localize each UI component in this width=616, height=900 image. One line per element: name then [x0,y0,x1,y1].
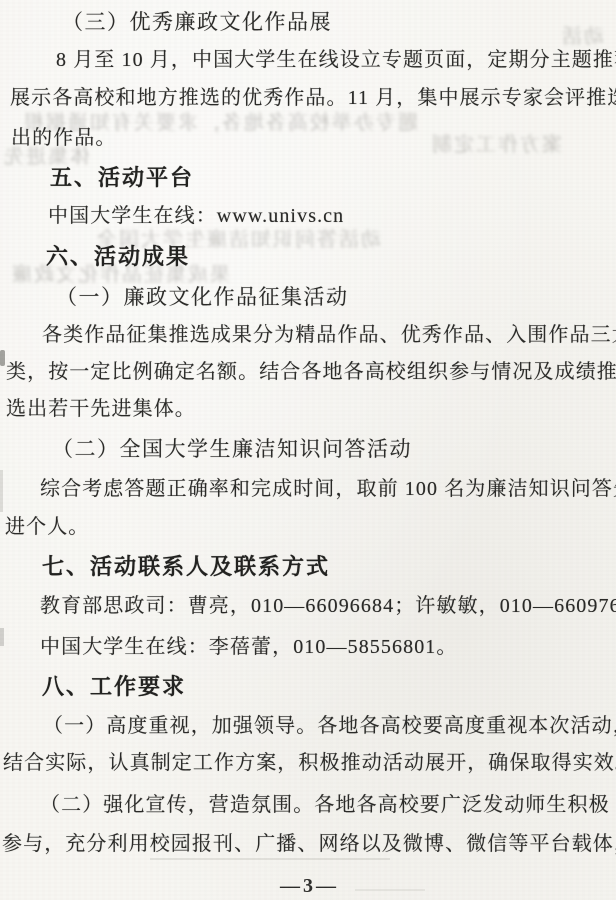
sub-heading-3-excellent-works-exhibit: （三）优秀廉政文化作品展 [62,12,332,33]
fold-line-artifact [150,858,390,860]
paragraph-line: （一）高度重视，加强领导。各地各高校要高度重视本次活动， [43,716,616,736]
paragraph-line: 综合考虑答题正确率和完成时间，取前 100 名为廉洁知识问答先 [40,479,616,499]
scan-edge-mark [0,628,4,646]
bleedthrough-text: 案方作工定制 [430,128,562,157]
scanned-document-page: 动活 题专办举校高各地各，求要关有知通据根 案方作工定制 体集进先 动活答问识知… [0,0,616,900]
paragraph-line-contact-univs: 中国大学生在线：李蓓蕾，010—58556801。 [40,637,458,657]
paragraph-line: 展示各高校和地方推选的优秀作品。11 月，集中展示专家会评推选 [10,88,616,108]
bleedthrough-text: 动活 [560,20,604,49]
paragraph-line: 进个人。 [5,517,89,537]
paragraph-line-contact-moe: 教育部思政司：曹亮，010—66096684；许敏敏，010—66097682。 [40,596,616,616]
paragraph-line: 各类作品征集推选成果分为精品作品、优秀作品、入围作品三大 [42,325,616,345]
fold-line-artifact [355,889,425,891]
sub-heading-2-knowledge-quiz: （二）全国大学生廉洁知识问答活动 [52,439,412,460]
paragraph-line: 选出若干先进集体。 [6,399,196,419]
heading-7-contacts: 七、活动联系人及联系方式 [42,556,330,578]
paragraph-line-website: 中国大学生在线：www.univs.cn [48,206,344,226]
paragraph-line: （二）强化宣传，营造氛围。各地各高校要广泛发动师生积极 [40,795,610,815]
paragraph-line: 参与，充分利用校园报刊、广播、网络以及微博、微信等平台载体， [2,834,616,854]
scan-edge-mark [0,350,5,366]
heading-6-activity-results: 六、活动成果 [46,246,190,268]
paragraph-line: 出的作品。 [11,128,117,148]
page-number: —3— [280,875,339,898]
heading-5-activity-platform: 五、活动平台 [50,167,194,189]
sub-heading-1-works-collection: （一）廉政文化作品征集活动 [56,287,349,308]
paragraph-line: 类，按一定比例确定名额。结合各地各高校组织参与情况及成绩推 [6,362,616,382]
heading-8-work-requirements: 八、工作要求 [42,676,186,698]
paragraph-line: 8 月至 10 月，中国大学生在线设立专题页面，定期分主题推荐 [56,50,616,70]
scan-edge-mark [0,470,3,512]
paragraph-line: 结合实际，认真制定工作方案，积极推动活动展开，确保取得实效。 [3,753,616,773]
